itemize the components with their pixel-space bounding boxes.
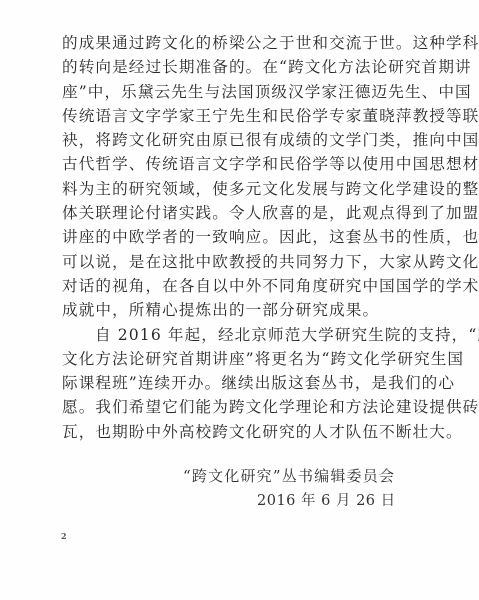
text-line: 座”中，乐黛云先生与法国顶级汉学家汪德迈先生、中国	[62, 80, 384, 104]
page-number: 2	[61, 531, 67, 541]
signature: “跨文化研究”丛书编辑委员会	[183, 465, 395, 486]
text-line: 际课程班”连续开办。继续出版这套丛书，是我们的心	[62, 371, 384, 395]
text-line: 愿。我们希望它们能为跨文化学理论和方法论建设提供砖	[62, 395, 384, 419]
text-line: 可以说，是在这批中欧教授的共同努力下，大家从跨文化	[62, 250, 384, 274]
text-line: 瓦，也期盼中外高校跨文化研究的人才队伍不断壮大。	[62, 420, 384, 444]
text-line: 体关联理论付诸实践。令人欣喜的是，此观点得到了加盟	[62, 201, 384, 225]
text-line: 料为主的研究领域，使多元文化发展与跨文化学建设的整	[62, 177, 384, 201]
text-line: 的成果通过跨文化的桥梁公之于世和交流于世。这种学科	[62, 31, 384, 55]
document-page: 的成果通过跨文化的桥梁公之于世和交流于世。这种学科 的转向是经过长期准备的。在“…	[0, 0, 479, 600]
text-line: 对话的视角，在各自以中外不同角度研究中国国学的学术	[62, 274, 384, 298]
body-text: 的成果通过跨文化的桥梁公之于世和交流于世。这种学科 的转向是经过长期准备的。在“…	[62, 31, 384, 444]
text-line: 讲座的中欧学者的一致响应。因此，这套丛书的性质，也	[62, 225, 384, 249]
text-line-indented: 自 2016 年起，经北京师范大学研究生院的支持，“跨	[62, 323, 384, 347]
text-line: 的转向是经过长期准备的。在“跨文化方法论研究首期讲	[62, 55, 384, 79]
text-line: 古代哲学、传统语言文字学和民俗学等以使用中国思想材	[62, 152, 384, 176]
text-line: 传统语言文字学家王宁先生和民俗学专家董晓萍教授等联	[62, 104, 384, 128]
text-line: 袂，将跨文化研究由原已很有成绩的文学门类，推向中国	[62, 128, 384, 152]
text-line: 成就中，所精心提炼出的一部分研究成果。	[62, 298, 384, 322]
date: 2016 年 6 月 26 日	[257, 489, 396, 510]
text-line: 文化方法论研究首期讲座”将更名为“跨文化学研究生国	[62, 347, 384, 371]
